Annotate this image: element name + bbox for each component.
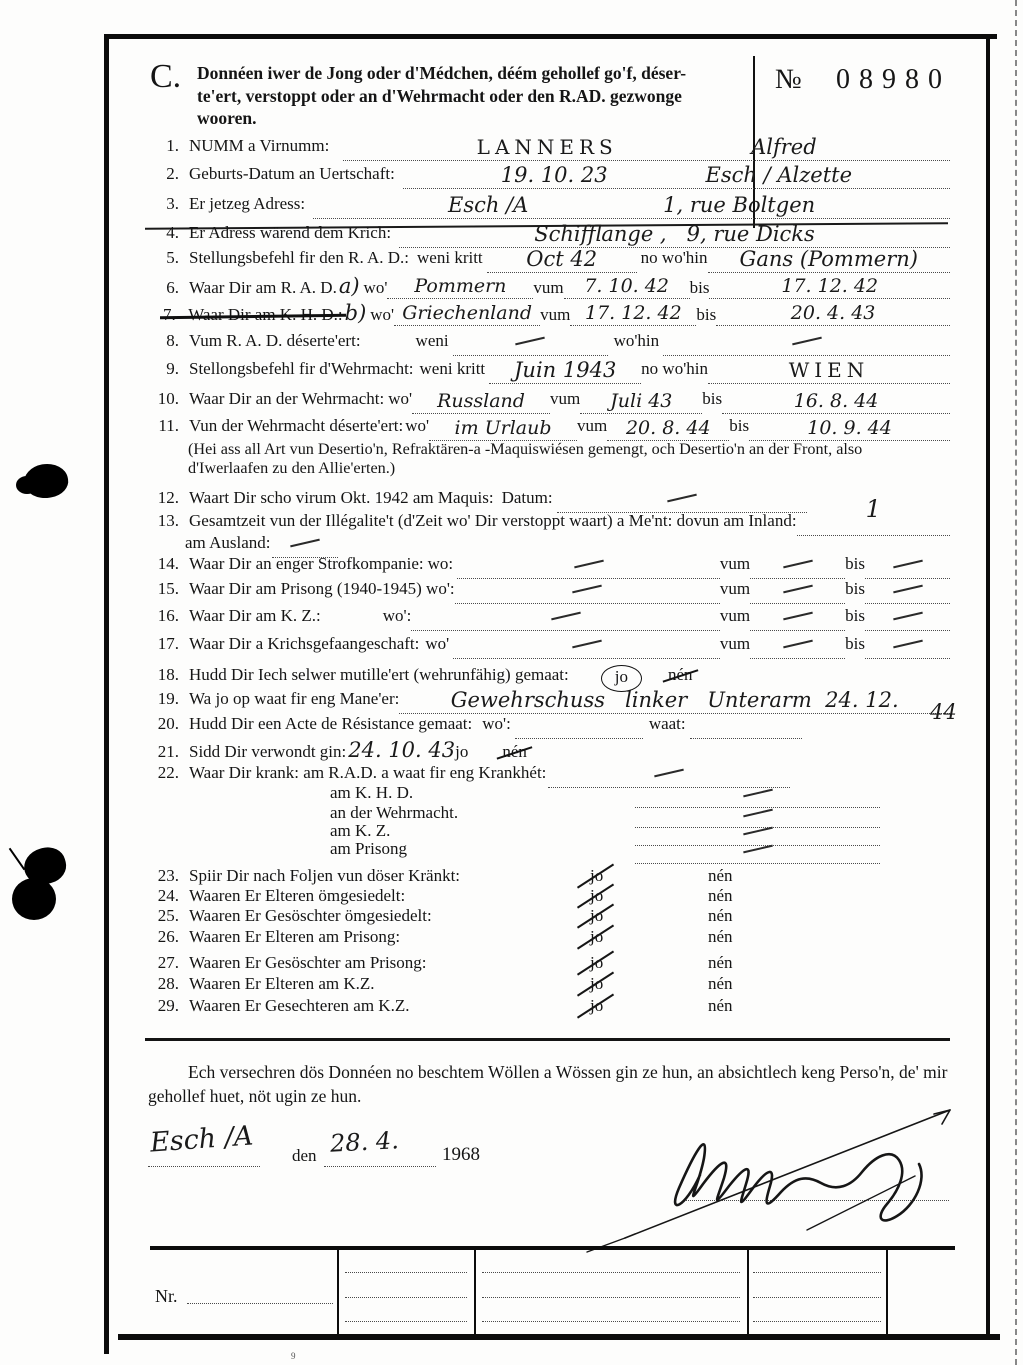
printed-label: Hudd Dir een Acte de Résistance gemaat: [189, 714, 472, 734]
box-dotted-line [753, 1297, 881, 1298]
handwritten-value: Oct 42 [526, 247, 597, 271]
form-item-3: 3.Er jetzeg Adress:Esch /A1, rue Boltgen [145, 194, 950, 219]
dash-mark [667, 493, 697, 502]
nen-struck: nén [502, 742, 527, 762]
printed-label: Waaren Er Elteren am Prisong: [189, 927, 400, 947]
frame-border-top [104, 34, 997, 39]
printed-label: vum [720, 579, 750, 599]
dash-mark [743, 808, 773, 817]
item-number: 28. [145, 974, 189, 994]
item-number: 12. [145, 488, 189, 508]
handwritten-value: Pommern [414, 275, 506, 297]
dash-mark [515, 336, 545, 345]
form-item-4: 4.Er Adress wärend dem Krich:Schifflange… [145, 223, 950, 248]
printed-label: wo: [428, 554, 454, 574]
printed-label: jo [455, 742, 468, 762]
dotted-field: Russland [412, 389, 550, 414]
form-item-21: 21.Sidd Dir verwondt gin:24. 10. 43jonén [145, 738, 950, 763]
printed-label: weni [416, 331, 449, 351]
form-item-29: 29.Waaren Er Gesechteren am K.Z.jonén [145, 996, 950, 1021]
handwritten-value: 10. 9. 44 [807, 417, 892, 439]
item-number: 15. [145, 579, 189, 599]
box-dotted-line [345, 1321, 467, 1322]
handwritten-value: 20. 4. 43 [791, 302, 876, 324]
item-number: 19. [145, 689, 189, 709]
handwritten-value: Juin 1943 [514, 358, 616, 382]
dotted-field: 20. 4. 43 [716, 301, 950, 326]
printed-label: bis [702, 389, 722, 409]
dotted-field [411, 606, 720, 631]
printed-label: wo' [405, 416, 429, 436]
form-item-19: 19.Wa jo op waat fir eng Mane'er:Gewehrs… [145, 689, 950, 714]
dash-mark [655, 768, 685, 777]
section-title: Donnéen iwer de Jong oder d'Médchen, déé… [197, 62, 749, 130]
dash-mark [893, 611, 923, 620]
year-label: 1968 [442, 1144, 480, 1166]
printed-label: Gesamtzeit vun der Illégalite't (d'Zeit … [189, 511, 797, 531]
section-divider-line [145, 1038, 950, 1041]
dotted-field: Pommern [387, 274, 533, 299]
dotted-field [750, 606, 845, 631]
printed-label: waat: [649, 714, 686, 734]
section-title-line3: wooren. [197, 107, 749, 130]
printed-label: am K. H. D. [330, 783, 635, 803]
section-title-line2: te'ert, verstoppt oder an d'Wehrmacht od… [197, 85, 749, 108]
item-number: 25. [145, 906, 189, 926]
handwritten-value: 17. 12. 42 [781, 275, 878, 297]
jo-struck: jo [590, 974, 603, 994]
printed-label: vum [577, 416, 607, 436]
handwritten-value: 24. 10. 43 [348, 738, 455, 762]
page-speck: 9 [291, 1351, 296, 1361]
dotted-field [750, 554, 845, 579]
form-item-11: 11.Vun der Wehrmacht déserte'ert:wo'im U… [145, 416, 950, 441]
printed-label: Vun der Wehrmacht déserte'ert: [189, 416, 403, 436]
numero-symbol: № [775, 64, 802, 96]
printed-label: wo'hin [614, 331, 660, 351]
printed-label: Waar Dir am K. Z.: [189, 606, 321, 626]
printed-label: no wo'hin [641, 359, 708, 379]
handwritten-place: Esch /A [149, 1120, 254, 1158]
item-number: 9. [145, 359, 189, 379]
form-item-14: 14.Waar Dir an enger Strofkompanie:wo:vu… [145, 554, 950, 579]
item-number: 21. [145, 742, 189, 762]
jo-struck: jo [590, 996, 603, 1016]
handwritten-value: a) [339, 274, 360, 298]
dash-mark [743, 844, 773, 853]
printed-label: Wa jo op waat fir eng Mane'er: [189, 689, 399, 709]
item-number: 2. [145, 164, 189, 184]
date-dotted-line [324, 1166, 436, 1167]
dash-mark [893, 584, 923, 593]
printed-label: am Prisong [330, 839, 635, 859]
place-dotted-line [148, 1166, 260, 1167]
printed-label: Waaren Er Elteren am K.Z. [189, 974, 375, 994]
handwritten-value: 1 [866, 495, 881, 523]
handwritten-value: Schifflange , 9, rue Dicks [534, 222, 815, 246]
dash-mark [291, 538, 321, 547]
printed-label: Waaren Er Elteren ömgesiedelt: [189, 886, 405, 906]
nr-box-divider-3 [747, 1250, 749, 1334]
handwritten-date: 28. 4. [329, 1126, 399, 1158]
dotted-field [865, 554, 950, 579]
handwritten-value: 1, rue Boltgen [663, 193, 815, 217]
printed-label: Waar Dir am R. A. D. [189, 278, 337, 298]
printed-label: am Ausland: [185, 533, 270, 553]
nen-struck: nén [668, 665, 693, 685]
printed-label: Datum: [502, 488, 553, 508]
item-number: 8. [145, 331, 189, 351]
printed-label: Vum R. A. D. déserte'ert: [189, 331, 361, 351]
printed-label: vum [720, 634, 750, 654]
printed-label: wo' [425, 634, 449, 654]
printed-label: Stellungsbefehl fir den R. A. D.: [189, 248, 409, 268]
scan-edge-line [1015, 0, 1017, 1365]
dash-mark [783, 639, 813, 648]
handwritten-value: Alfred [751, 135, 817, 159]
dotted-field [750, 634, 845, 659]
handwritten-value: 16. 8. 44 [794, 390, 879, 412]
printed-label: am K. Z. [330, 821, 635, 841]
box-dotted-line [753, 1321, 881, 1322]
dotted-field [557, 488, 807, 513]
item-number: 16. [145, 606, 189, 626]
item-number: 1. [145, 136, 189, 156]
signature-scrawl [585, 1080, 1005, 1255]
handwritten-value: 17. 12. 42 [585, 302, 682, 324]
handwritten-value: Esch / Alzette [706, 163, 853, 187]
dash-mark [783, 584, 813, 593]
printed-label: Waaren Er Gesechteren am K.Z. [189, 996, 409, 1016]
item-number: 24. [145, 886, 189, 906]
printed-label: vum [533, 278, 563, 298]
printed-label: wo' [364, 278, 388, 298]
form-item-6: 6.Waar Dir am R. A. D.a)wo'Pommernvum7. … [145, 274, 950, 299]
dash-mark [572, 584, 602, 593]
handwritten-value: Esch /A [448, 193, 528, 217]
nen-label: nén [708, 927, 733, 947]
dotted-field: 1 [797, 511, 950, 536]
form-serial-number: 08980 [836, 64, 951, 96]
box-dotted-line [482, 1297, 740, 1298]
nen-label: nén [708, 866, 733, 886]
handwritten-value: 20. 8. 44 [626, 417, 711, 439]
form-item-2: 2.Geburts-Datum an Uertschaft:19. 10. 23… [145, 164, 950, 189]
item-number: 11. [145, 416, 189, 436]
form-item-7: 7. Waar Dir am K. H. D.:b)wo'Griechenlan… [145, 301, 950, 326]
dotted-field: Esch /A1, rue Boltgen [313, 194, 950, 219]
form-item-5: 5.Stellungsbefehl fir den R. A. D.:weni … [145, 248, 950, 273]
handwritten-value: im Urlaub [455, 417, 552, 439]
item-11-note: (Hei ass all Art vun Desertio'n, Refrakt… [188, 440, 945, 478]
dotted-field: WIEN [708, 359, 950, 384]
dotted-field [635, 839, 880, 864]
printed-label: bis [845, 554, 865, 574]
form-item-18: 18.Hudd Dir Iech selwer mutille'ert (weh… [145, 663, 950, 688]
printed-label-struck: 7. Waar Dir am K. H. D.: [163, 305, 343, 325]
dotted-field [750, 579, 845, 604]
nen-label: nén [708, 996, 733, 1016]
nen-label: nén [708, 906, 733, 926]
form-item-1: 1.NUMM a Virnumm:LANNERSAlfred [145, 136, 950, 161]
item-number: 17. [145, 634, 189, 654]
handwritten-value: WIEN [789, 358, 870, 382]
den-label: den [292, 1146, 317, 1166]
nr-label: Nr. [155, 1286, 178, 1307]
dotted-field [455, 579, 720, 604]
printed-label: Hudd Dir Iech selwer mutille'ert (wehrun… [189, 665, 569, 685]
nr-box-top-line [150, 1246, 955, 1250]
dotted-field [515, 714, 643, 739]
dotted-field [865, 606, 950, 631]
jo-struck: jo [590, 906, 603, 926]
jo-struck: jo [590, 927, 603, 947]
box-dotted-line [482, 1321, 740, 1322]
dotted-field [690, 714, 802, 739]
printed-label: NUMM a Virnumm: [189, 136, 329, 156]
handwritten-value: Juli 43 [610, 390, 672, 412]
printed-label: Waar Dir krank: am R.A.D. a waat fir eng… [189, 763, 546, 783]
handwritten-value-overflow: 44 [930, 700, 957, 724]
item-number: 20. [145, 714, 189, 734]
dotted-field: 17. 12. 42 [570, 301, 696, 326]
printed-label: vum [540, 305, 570, 325]
nen-label: nén [708, 886, 733, 906]
dash-mark [743, 826, 773, 835]
nen-label: nén [708, 974, 733, 994]
handwritten-value: Gewehrschuss linker Unterarm 24. 12. [451, 688, 899, 712]
dash-mark [792, 336, 822, 345]
item-number: 29. [145, 996, 189, 1016]
dash-mark [574, 559, 604, 568]
handwritten-value: 7. 10. 42 [584, 275, 669, 297]
box-dotted-line [345, 1272, 467, 1273]
item-number: 26. [145, 927, 189, 947]
item-number: 13. [145, 511, 189, 531]
printed-label: Waaren Er Gesöschter ömgesiedelt: [189, 906, 432, 926]
section-title-line1: Donnéen iwer de Jong oder d'Médchen, déé… [197, 62, 749, 85]
dotted-field: 17. 12. 42 [709, 274, 950, 299]
form-item-20: 20.Hudd Dir een Acte de Résistance gemaa… [145, 714, 950, 739]
printed-label: wo': [383, 606, 412, 626]
handwritten-value: Gans (Pommern) [740, 247, 918, 271]
item-number: 23. [145, 866, 189, 886]
nr-box-divider-4 [886, 1250, 888, 1334]
jo-struck: jo [590, 953, 603, 973]
item-number: 18. [145, 665, 189, 685]
box-dotted-line [753, 1272, 881, 1273]
printed-label: bis [690, 278, 710, 298]
item-number: 22. [145, 763, 189, 783]
printed-label: vum [720, 554, 750, 574]
item-number: 10. [145, 389, 189, 409]
printed-label: Waar Dir a Krichsgefaangeschaft: [189, 634, 419, 654]
printed-label: Waar Dir an enger Strofkompanie: [189, 554, 424, 574]
form-item-17: 17.Waar Dir a Krichsgefaangeschaft:wo'vu… [145, 634, 950, 659]
printed-label: vum [720, 606, 750, 626]
item-number: 6. [145, 278, 189, 298]
form-item-9: 9.Stellongsbefehl fir d'Wehrmacht:weni k… [145, 359, 950, 384]
item-number: 5. [145, 248, 189, 268]
printed-label: wo' [388, 389, 412, 409]
printed-label: bis [729, 416, 749, 436]
dotted-field: 19. 10. 23Esch / Alzette [403, 164, 950, 189]
printed-label: wo': [482, 714, 511, 734]
printed-label: Waar Dir an der Wehrmacht: [189, 389, 384, 409]
printed-label: no wo'hin [641, 248, 708, 268]
item-number: 27. [145, 953, 189, 973]
dotted-field: 7. 10. 42 [564, 274, 690, 299]
frame-border-bottom [118, 1334, 1000, 1340]
handwritten-value: LANNERS [477, 135, 618, 159]
dotted-field: 10. 9. 44 [749, 416, 950, 441]
form-item-15: 15.Waar Dir am Prisong (1940-1945) wo':v… [145, 579, 950, 604]
dash-mark [893, 639, 923, 648]
form-item-8: 8.Vum R. A. D. déserte'ert:weniwo'hin [145, 331, 950, 356]
dotted-field: Schifflange , 9, rue Dicks [399, 223, 950, 248]
section-letter: C. [150, 58, 181, 96]
printed-label: bis [845, 606, 865, 626]
dotted-field: Juli 43 [580, 389, 702, 414]
printed-label: Geburts-Datum an Uertschaft: [189, 164, 395, 184]
handwritten-value: Russland [437, 390, 525, 412]
dotted-field [453, 634, 720, 659]
form-item-10: 10.Waar Dir an der Wehrmacht:wo'Russland… [145, 389, 950, 414]
dash-mark [743, 788, 773, 797]
box-dotted-line [482, 1272, 740, 1273]
dotted-field: im Urlaub [429, 416, 577, 441]
item-number: 14. [145, 554, 189, 574]
jo-struck: jo [590, 886, 603, 906]
form-item-12: 12.Waart Dir scho virum Okt. 1942 am Maq… [145, 488, 950, 513]
dotted-field: 20. 8. 44 [607, 416, 729, 441]
printed-label: weni kritt [420, 359, 486, 379]
dash-mark [783, 611, 813, 620]
dash-mark [783, 559, 813, 568]
dotted-field [663, 331, 950, 356]
dotted-field [865, 579, 950, 604]
printed-label: Er Adress wärend dem Krich: [189, 223, 391, 243]
dotted-field: Oct 42 [487, 248, 637, 273]
printed-label: vum [550, 389, 580, 409]
nr-box-divider-1 [337, 1250, 339, 1334]
dotted-field: Griechenland [394, 301, 540, 326]
frame-border-left [104, 34, 109, 1354]
form-item-16: 16.Waar Dir am K. Z.:wo':vumbis [145, 606, 950, 631]
jo-struck: jo [590, 866, 603, 886]
printed-label: Er jetzeg Adress: [189, 194, 305, 214]
printed-label: Waart Dir scho virum Okt. 1942 am Maquis… [189, 488, 494, 508]
handwritten-value: 19. 10. 23 [501, 163, 608, 187]
dotted-field [865, 634, 950, 659]
handwritten-value: b) [345, 301, 367, 325]
dotted-field [453, 331, 608, 356]
form-item-26: 26.Waaren Er Elteren am Prisong:jonén [145, 927, 950, 952]
dotted-field: LANNERSAlfred [343, 136, 950, 161]
nr-box-divider-2 [474, 1250, 476, 1334]
scanned-form-page: C. Donnéen iwer de Jong oder d'Médchen, … [0, 0, 1023, 1365]
dash-mark [893, 559, 923, 568]
nen-label: nén [708, 953, 733, 973]
printed-label: an der Wehrmacht. [330, 803, 635, 823]
dotted-field: Gans (Pommern) [708, 248, 951, 273]
dotted-field: Juin 1943 [489, 359, 641, 384]
printed-label: Sidd Dir verwondt gin: [189, 742, 346, 762]
box-dotted-line [345, 1297, 467, 1298]
printed-label: Stellongsbefehl fir d'Wehrmacht: [189, 359, 414, 379]
dash-mark [551, 611, 581, 620]
item-number: 4. [145, 223, 189, 243]
printed-label: wo' [370, 305, 394, 325]
printed-label: Waar Dir am Prisong (1940-1945) wo': [189, 579, 455, 599]
dash-mark [572, 639, 602, 648]
printed-label: bis [845, 579, 865, 599]
printed-label: Waaren Er Gesöschter am Prisong: [189, 953, 427, 973]
item-number: 3. [145, 194, 189, 214]
handwritten-value: Griechenland [402, 302, 532, 324]
printed-label: bis [696, 305, 716, 325]
dotted-field: Gewehrschuss linker Unterarm 24. 12. [399, 689, 950, 714]
printed-label: Spiir Dir nach Foljen vun döser Kränkt: [189, 866, 460, 886]
form-item-22d: am Prisong [330, 839, 930, 864]
printed-label: weni kritt [417, 248, 483, 268]
dotted-field [457, 554, 720, 579]
dotted-field: 16. 8. 44 [722, 389, 950, 414]
nr-dotted-line [187, 1303, 333, 1304]
printed-label: bis [845, 634, 865, 654]
